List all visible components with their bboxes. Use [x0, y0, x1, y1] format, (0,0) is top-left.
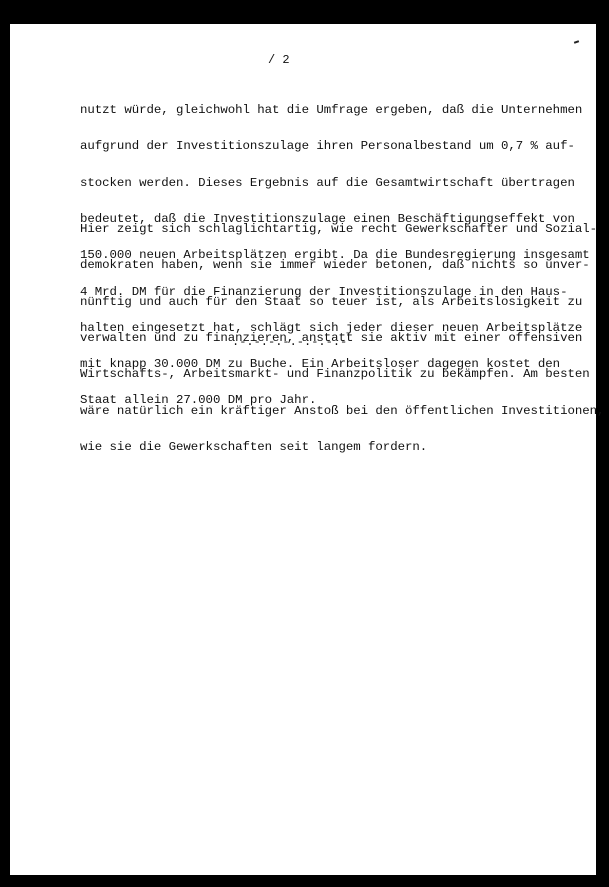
end-separator: .-.-.-.-.-.-.-.-: [232, 335, 347, 349]
text-line: nünftig und auch für den Staat so teuer …: [80, 296, 604, 308]
text-line: wie sie die Gewerkschaften seit langem f…: [80, 441, 604, 453]
document-page: / 2 nutzt würde, gleichwohl hat die Umfr…: [10, 24, 596, 875]
text-line: Hier zeigt sich schlaglichtartig, wie re…: [80, 223, 604, 235]
text-line: nutzt würde, gleichwohl hat die Umfrage …: [80, 104, 590, 116]
page-number: / 2: [268, 53, 290, 67]
pen-mark: [574, 40, 579, 44]
text-line: demokraten haben, wenn sie immer wieder …: [80, 259, 604, 271]
text-line: wäre natürlich ein kräftiger Anstoß bei …: [80, 405, 604, 417]
text-line: Wirtschafts-, Arbeitsmarkt- und Finanzpo…: [80, 368, 604, 380]
text-line: stocken werden. Dieses Ergebnis auf die …: [80, 177, 590, 189]
text-line: aufgrund der Investitionszulage ihren Pe…: [80, 140, 590, 152]
